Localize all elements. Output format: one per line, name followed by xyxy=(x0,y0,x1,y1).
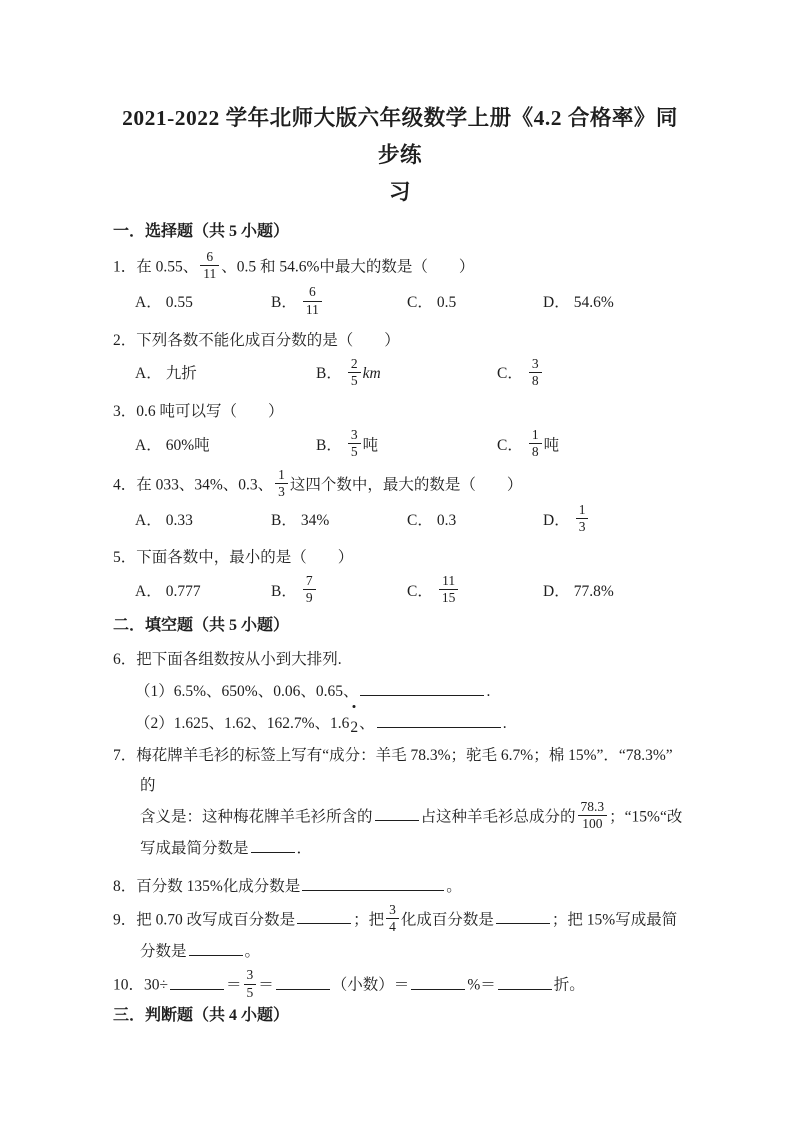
text-run: 含义是：这种梅花牌羊毛衫所含的 xyxy=(140,808,373,825)
option-C: C．18吨 xyxy=(497,429,559,462)
text-run: 54.6% xyxy=(574,288,614,318)
text-run: 九折 xyxy=(166,359,197,389)
text-run: 5．下面各数中，最小的是（ ） xyxy=(113,549,353,566)
text-run: （2）1.625、1.62、162.7%、1.6 xyxy=(135,715,349,732)
fraction: 611 xyxy=(303,284,322,317)
text-run: 2．下列各数不能化成百分数的是（ ） xyxy=(113,332,400,349)
fraction-numerator: 6 xyxy=(200,249,219,266)
fraction: 34 xyxy=(386,902,399,935)
question-8: 8．百分数 135%化成分数是。 xyxy=(113,872,687,902)
option-label: A． xyxy=(135,288,162,318)
option-label: D． xyxy=(543,506,570,536)
option-label: B． xyxy=(271,288,297,318)
fraction-denominator: 3 xyxy=(275,484,288,500)
answer-blank xyxy=(377,712,501,728)
document-title: 2021-2022 学年北师大版六年级数学上册《4.2 合格率》同步练习 xyxy=(113,100,687,211)
option-label: C． xyxy=(407,577,433,607)
fraction-denominator: 8 xyxy=(529,373,542,389)
answer-blank xyxy=(411,974,465,990)
option-label: A． xyxy=(135,506,162,536)
option-label: B． xyxy=(316,431,342,461)
section-heading-judge: 三．判断题（共 4 小题） xyxy=(113,1005,687,1027)
text-run: . xyxy=(486,683,490,700)
text-run: 占这种羊毛衫总成分的 xyxy=(421,808,576,825)
fraction-denominator: 5 xyxy=(244,985,257,1001)
option-B: B．35吨 xyxy=(316,429,497,462)
option-A: A．九折 xyxy=(135,358,316,391)
text-run: ；把 xyxy=(353,911,384,928)
text-run: 、 xyxy=(359,715,375,732)
fraction: 79 xyxy=(303,573,316,606)
text-run: 吨 xyxy=(544,431,560,461)
title-line-1: 2021-2022 学年北师大版六年级数学上册《4.2 合格率》同步练 xyxy=(122,106,678,167)
text-run: ＝ xyxy=(226,977,242,994)
answer-blank xyxy=(251,837,295,853)
fraction: 38 xyxy=(529,356,542,389)
fraction-numerator: 78.3 xyxy=(578,799,608,816)
question-4-options: A．0.33B．34%C．0.3D．13 xyxy=(135,504,687,537)
fraction-denominator: 8 xyxy=(529,444,542,460)
question-10: 10．30÷＝35＝（小数）＝%＝折。 xyxy=(113,969,687,1002)
fraction: 35 xyxy=(348,427,361,460)
fraction-denominator: 11 xyxy=(303,302,322,318)
text-run: 3．0.6 吨可以写（ ） xyxy=(113,403,284,420)
fraction-denominator: 5 xyxy=(348,373,361,389)
option-B: B．34% xyxy=(271,504,407,537)
question-1-options: A．0.55B．611C．0.5D．54.6% xyxy=(135,286,687,319)
fraction-denominator: 100 xyxy=(578,816,608,832)
text-run: （1）6.5%、650%、0.06、0.65、 xyxy=(135,683,358,700)
option-label: B． xyxy=(271,577,297,607)
title-line-2: 习 xyxy=(389,180,411,204)
text-run: 34% xyxy=(301,506,329,536)
text-run: . xyxy=(503,715,507,732)
text-run: ． xyxy=(297,840,313,857)
fraction: 78.3100 xyxy=(578,799,608,832)
question-5: 5．下面各数中，最小的是（ ） xyxy=(113,543,687,573)
option-label: A． xyxy=(135,359,162,389)
fraction: 25 xyxy=(348,356,361,389)
fraction-numerator: 3 xyxy=(348,427,361,444)
option-label: B． xyxy=(316,359,342,389)
option-A: A．60%吨 xyxy=(135,429,316,462)
fraction-numerator: 1 xyxy=(576,502,589,519)
question-2-options: A．九折B．25 kmC．38 xyxy=(135,358,687,391)
question-3: 3．0.6 吨可以写（ ） xyxy=(113,397,687,427)
option-label: C． xyxy=(407,288,433,318)
fraction-numerator: 1 xyxy=(529,427,542,444)
option-A: A．0.33 xyxy=(135,504,271,537)
fraction-numerator: 3 xyxy=(386,902,399,919)
option-label: A． xyxy=(135,577,162,607)
fraction-numerator: 6 xyxy=(303,284,322,301)
fraction-denominator: 5 xyxy=(348,444,361,460)
text-run: 8．百分数 135%化成分数是 xyxy=(113,878,300,895)
text-run: 10．30÷ xyxy=(113,977,168,994)
fraction-numerator: 11 xyxy=(439,573,459,590)
answer-blank xyxy=(375,805,419,821)
answer-blank xyxy=(360,680,484,696)
question-6-item-1: （1）6.5%、650%、0.06、0.65、. xyxy=(113,677,687,707)
question-3-options: A．60%吨B．35吨C．18吨 xyxy=(135,429,687,462)
text-run: 。 xyxy=(245,943,261,960)
text-run: 折。 xyxy=(554,977,585,994)
fraction-denominator: 4 xyxy=(386,919,399,935)
option-label: B． xyxy=(271,506,297,536)
text-run: 9．把 0.70 改写成百分数是 xyxy=(113,911,295,928)
option-D: D．13 xyxy=(543,504,590,537)
text-run: 0.33 xyxy=(166,506,193,536)
option-label: A． xyxy=(135,431,162,461)
option-label: C． xyxy=(497,359,523,389)
fraction: 13 xyxy=(275,467,288,500)
fraction-numerator: 3 xyxy=(244,967,257,984)
text-run: 化成百分数是 xyxy=(401,911,494,928)
option-A: A．0.55 xyxy=(135,286,271,319)
unit-text: km xyxy=(363,359,381,389)
option-C: C．38 xyxy=(497,358,544,391)
question-2: 2．下列各数不能化成百分数的是（ ） xyxy=(113,326,687,356)
fraction-denominator: 15 xyxy=(439,590,459,606)
question-7: 7．梅花牌羊毛衫的标签上写有“成分：羊毛 78.3%；驼毛 6.7%；棉 15%… xyxy=(113,741,687,864)
answer-blank xyxy=(170,974,224,990)
text-run: 、0.5 和 54.6%中最大的数是（ ） xyxy=(221,258,474,275)
option-B: B．611 xyxy=(271,286,407,319)
worksheet-page: 2021-2022 学年北师大版六年级数学上册《4.2 合格率》同步练习 一．选… xyxy=(0,0,793,1122)
text-run: 这四个数中，最大的数是（ ） xyxy=(290,476,523,493)
text-run: 77.8% xyxy=(574,577,614,607)
option-C: C．0.5 xyxy=(407,286,543,319)
question-1: 1．在 0.55、611、0.5 和 54.6%中最大的数是（ ） xyxy=(113,251,687,284)
answer-blank xyxy=(189,940,243,956)
question-5-options: A．0.777B．79C．1115D．77.8% xyxy=(135,575,687,608)
text-run: 0.5 xyxy=(437,288,456,318)
answer-blank xyxy=(276,974,330,990)
text-run: 吨 xyxy=(363,431,379,461)
option-D: D．54.6% xyxy=(543,286,614,319)
repeating-decimal-digit: 2 xyxy=(350,713,358,743)
fraction-numerator: 2 xyxy=(348,356,361,373)
option-label: C． xyxy=(407,506,433,536)
text-run: 0.3 xyxy=(437,506,456,536)
text-run: 4．在 033、34%、0.3、 xyxy=(113,476,273,493)
fraction-denominator: 11 xyxy=(200,266,219,282)
option-A: A．0.777 xyxy=(135,575,271,608)
fraction: 13 xyxy=(576,502,589,535)
question-4: 4．在 033、34%、0.3、13这四个数中，最大的数是（ ） xyxy=(113,469,687,502)
fraction: 1115 xyxy=(439,573,459,606)
fraction: 18 xyxy=(529,427,542,460)
text-run: %＝ xyxy=(467,977,495,994)
option-B: B．25 km xyxy=(316,358,497,391)
answer-blank xyxy=(302,875,444,891)
option-label: D． xyxy=(543,288,570,318)
text-run: 1．在 0.55、 xyxy=(113,258,198,275)
text-run: 。 xyxy=(446,878,462,895)
fraction-denominator: 9 xyxy=(303,590,316,606)
answer-blank xyxy=(297,908,351,924)
option-label: D． xyxy=(543,577,570,607)
answer-blank xyxy=(496,908,550,924)
text-run: 0.777 xyxy=(166,577,201,607)
text-run: 60%吨 xyxy=(166,431,210,461)
option-label: C． xyxy=(497,431,523,461)
section-heading-choice: 一．选择题（共 5 小题） xyxy=(113,221,687,243)
option-D: D．77.8% xyxy=(543,575,614,608)
option-B: B．79 xyxy=(271,575,407,608)
fraction-numerator: 7 xyxy=(303,573,316,590)
text-run: 6．把下面各组数按从小到大排列. xyxy=(113,651,342,668)
text-run: 7．梅花牌羊毛衫的标签上写有“成分：羊毛 78.3%；驼毛 6.7%；棉 15%… xyxy=(113,747,673,794)
fraction-numerator: 1 xyxy=(275,467,288,484)
fraction-denominator: 3 xyxy=(576,519,589,535)
option-C: C．1115 xyxy=(407,575,543,608)
text-run: 0.55 xyxy=(166,288,193,318)
fraction: 35 xyxy=(244,967,257,1000)
fraction: 611 xyxy=(200,249,219,282)
text-run: ＝ xyxy=(258,977,274,994)
question-9: 9．把 0.70 改写成百分数是；把34化成百分数是；把 15%写成最简分数是。 xyxy=(113,904,687,967)
option-C: C．0.3 xyxy=(407,504,543,537)
question-6: 6．把下面各组数按从小到大排列. xyxy=(113,645,687,675)
text-run: （小数）＝ xyxy=(332,977,410,994)
fraction-numerator: 3 xyxy=(529,356,542,373)
section-heading-fill: 二．填空题（共 5 小题） xyxy=(113,615,687,637)
question-6-item-2: （2）1.625、1.62、162.7%、1.62、. xyxy=(113,709,687,739)
answer-blank xyxy=(498,974,552,990)
